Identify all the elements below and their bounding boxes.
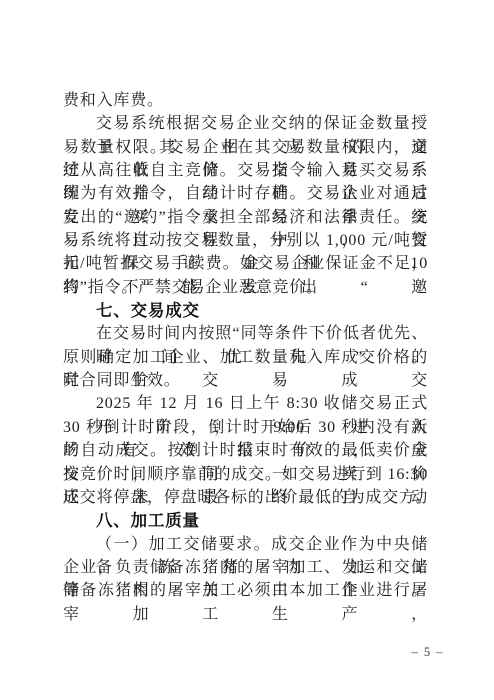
text-line: 按竞价时间顺序靠前的成交。如交易进行到 16:30 还未最终自动 [63,463,428,486]
text-line: 费和入库费。 [63,89,428,112]
text-line: 交易系统根据交易企业交纳的保证金数量授予其相应的交 [63,112,428,135]
text-line: 成交将停盘，停盘时各标的出价最低的为成交方。 [63,486,428,509]
clause-lead: （一）加工交储要求。 [96,536,271,553]
text-line: 储备冻猪肉的屠宰加工必须由本加工企业进行屠宰加工生产， [63,579,428,602]
text-line: 易系统将自动按交易数量，分别以 1,000 元/吨暂扣保证金和 10 [63,229,428,252]
text-line: 场自动成交。按倒计时结束时有效的最低卖价成交，同一卖价 [63,439,428,462]
document-page: 费和入库费。交易系统根据交易企业交纳的保证金数量授予其相应的交易数量权限。交易企… [0,0,494,700]
section-heading: 七、交易成交 [63,299,428,322]
text-line: （一）加工交储要求。成交企业作为中央储备冻猪肉加工 [63,533,428,556]
text-line: 统从高往低自主竞价。交易指令输入竞买交易系统并经确认后 [63,159,428,182]
text-line: 元/吨暂扣交易手续费。如交易企业保证金不足，将不能发出“邀 [63,252,428,275]
text-line: 企业，负责储备冻猪肉的屠宰加工、发运和交储等相关工作。 [63,556,428,579]
section-heading: 八、加工质量 [63,509,428,532]
text-line: 发出的“邀约”指令承担全部经济和法律责任。交易过程中，交 [63,206,428,229]
text-line: 即为有效指令，自动计时存档。交易企业对通过竞买交易系统 [63,182,428,205]
text-line: 2025 年 12 月 16 日上午 8:30 收储交易正式开市，9:00 进入 [63,392,428,415]
text-line: 在交易时间内按照“同等条件下价低者优先、时间优先”的 [63,322,428,345]
text-line: 易数量权限。交易企业在其交易数量权限内，通过收储交易系 [63,136,428,159]
text-line: 30 秒倒计时阶段，倒计时开始后 30 秒内没有新的有效报价，全 [63,416,428,439]
page-number: – 5 – [412,645,445,660]
document-text: 费和入库费。交易系统根据交易企业交纳的保证金数量授予其相应的交易数量权限。交易企… [63,89,428,603]
text-line: 原则确定加工企业、加工数量和入库成交价格。竞价交易成交 [63,346,428,369]
